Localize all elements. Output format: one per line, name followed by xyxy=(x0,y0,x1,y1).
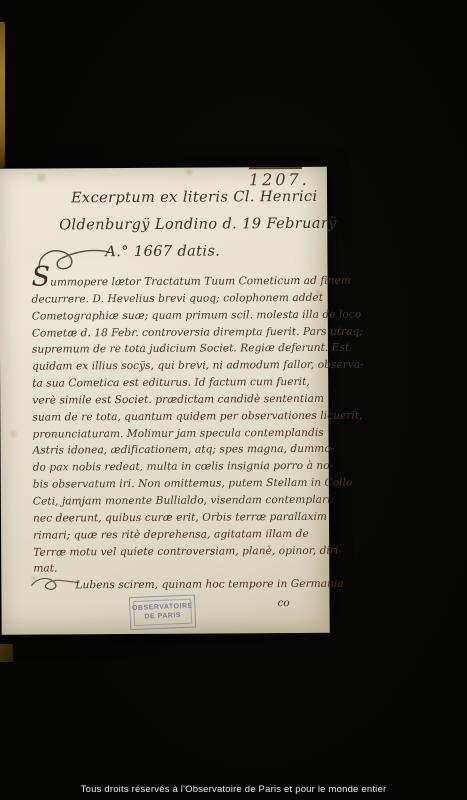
body-line: suam de re tota, quantum quidem per obse… xyxy=(32,408,324,427)
body-line: Lubens scirem, quinam hoc tempore in Ger… xyxy=(75,576,325,594)
body-line: ta sua Cometica est editurus. Id factum … xyxy=(32,374,324,393)
body-line: Ceti, jamjam monente Bullialdo, visendam… xyxy=(33,492,325,511)
folio-digits: 1207 xyxy=(249,167,302,189)
book-edge-bottom xyxy=(0,644,13,662)
observatory-stamp: OBSERVATOIRE DE PARIS xyxy=(129,594,196,630)
copyright-caption: Tous droits réservés à l'Observatoire de… xyxy=(0,784,467,795)
body-line: Summopere lætor Tractatum Tuum Cometicum… xyxy=(32,273,324,292)
body-line: verè simile est Societ. prædictam candid… xyxy=(32,391,324,410)
catchword: co xyxy=(277,597,289,609)
body-line: Cometæ d. 18 Febr. controversia dirempta… xyxy=(32,323,324,342)
stamp-line-2: DE PARIS xyxy=(144,612,181,621)
gilt-book-edge xyxy=(0,22,5,168)
manuscript-page: 1207. Excerptum ex literis Cl. Henrici O… xyxy=(0,167,330,635)
folio-number: 1207. xyxy=(249,170,310,189)
body-line: Terræ motu vel quiete controversiam, pla… xyxy=(33,542,325,561)
body-text: Summopere lætor Tractatum Tuum Cometicum… xyxy=(32,273,326,595)
body-line: Astris idonea, ædificationem, atq; spes … xyxy=(33,441,325,460)
body-line: Cometographiæ suæ; quam primum scil. mol… xyxy=(32,307,324,326)
body-line: do pax nobis redeat, multa in cœlis insi… xyxy=(33,458,325,477)
body-line: nec deerunt, quibus curæ erit, Orbis ter… xyxy=(33,509,325,528)
stamp-line-1: OBSERVATOIRE xyxy=(132,603,193,613)
body-line: mat. xyxy=(33,559,325,578)
body-line: quidam ex illius socÿs, qui brevi, ni ad… xyxy=(32,357,324,376)
body-line: supremum de re tota judicium Societ. Reg… xyxy=(32,340,324,359)
heading-line-3: A.° 1667 datis. xyxy=(105,243,220,260)
body-line: bis observatum iri. Non omittemus, putem… xyxy=(33,475,325,494)
body-line: rimari; quæ res ritè deprehensa, agitata… xyxy=(33,525,325,544)
heading-line-1: Excerptum ex literis Cl. Henrici xyxy=(71,189,318,207)
body-line: pronunciaturam. Molimur jam specula cont… xyxy=(32,424,324,443)
heading-line-2: Oldenburgÿ Londino d. 19 Februarÿ xyxy=(59,216,337,234)
folio-period: . xyxy=(302,170,310,189)
body-line: decurrere. D. Hevelius brevi quoq; colop… xyxy=(32,290,324,309)
